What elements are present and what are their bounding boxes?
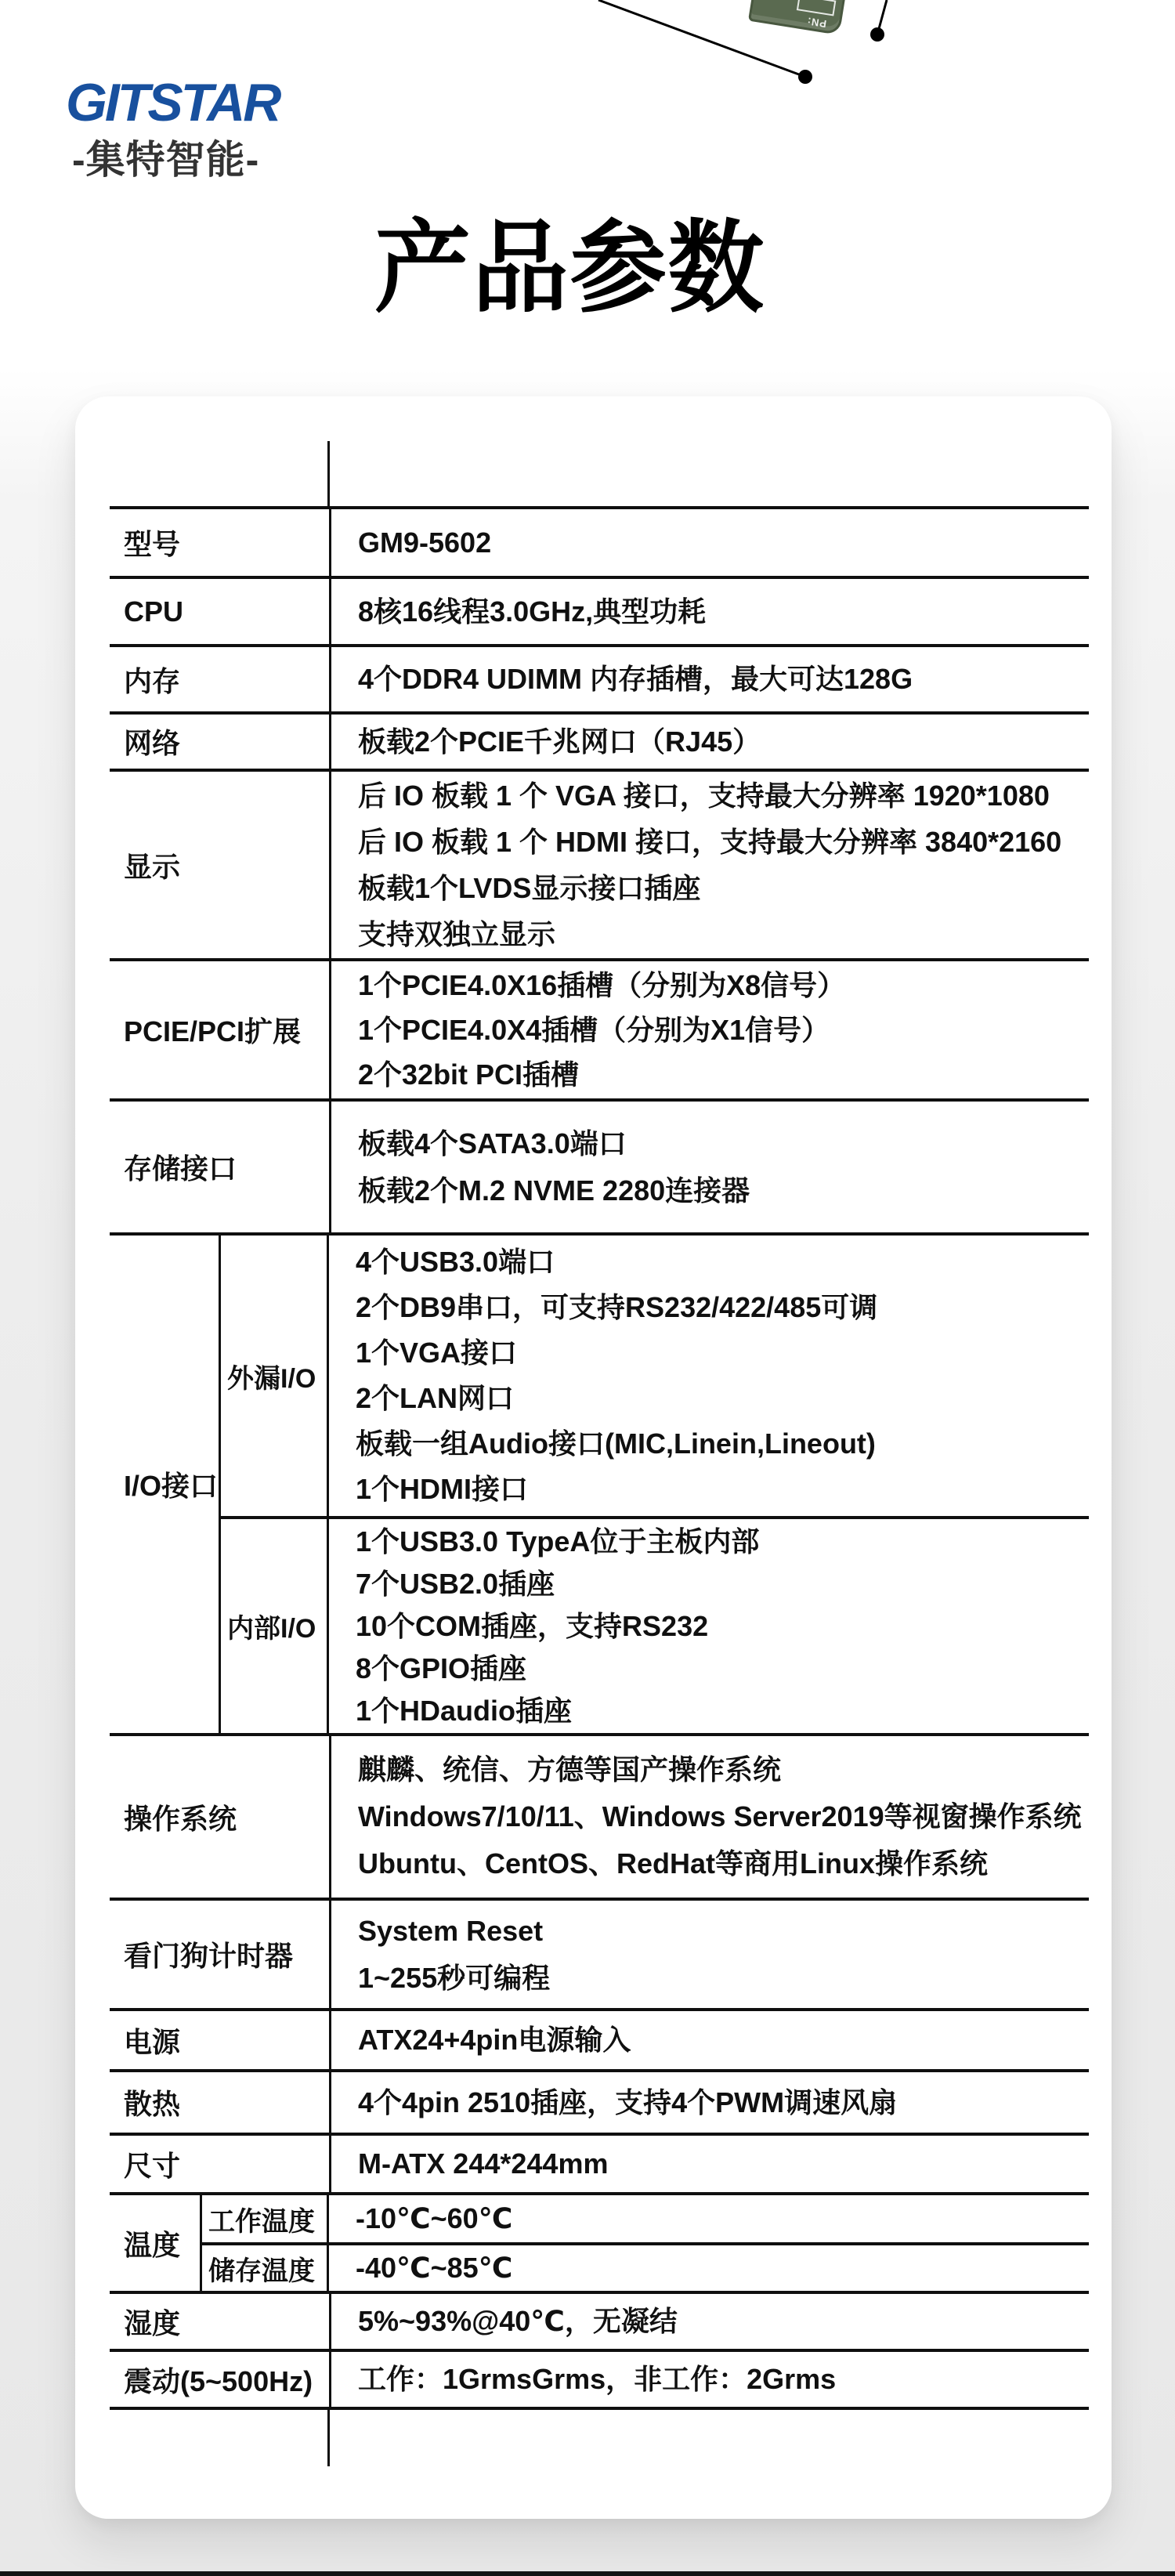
spec-sub-row-label: 外漏I/O xyxy=(221,1236,329,1516)
spec-row-value: 5%~93%@40℃，无凝结 xyxy=(329,2294,1089,2349)
spec-value-line: 4个USB3.0端口 xyxy=(356,1239,1089,1285)
spec-value-line: -10℃~60℃ xyxy=(356,2198,1089,2240)
spec-row-storage: 存储接口板载4个SATA3.0端口板载2个M.2 NVME 2280连接器 xyxy=(110,1098,1089,1232)
spec-row-label: CPU xyxy=(110,579,329,644)
spec-card: 型号GM9-5602CPU8核16线程3.0GHz,典型功耗内存4个DDR4 U… xyxy=(75,396,1112,2519)
spec-row-label: 存储接口 xyxy=(110,1102,329,1232)
spec-value-line: 8核16线程3.0GHz,典型功耗 xyxy=(358,588,1089,635)
spec-value-line: 支持双独立显示 xyxy=(358,911,1089,957)
spec-value-line: Windows7/10/11、Windows Server2019等视窗操作系统 xyxy=(358,1793,1089,1840)
spec-row-label: 湿度 xyxy=(110,2294,329,2349)
spec-value-line: 工作：1GrmsGrms，非工作：2Grms xyxy=(358,2356,1089,2403)
page-title: 产品参数 xyxy=(374,210,765,327)
product-spec-page: { "page_title": "产品参数", "brand": { "logo… xyxy=(0,0,1175,2576)
spec-value-line: GM9-5602 xyxy=(358,519,1089,566)
spec-value-line: Ubuntu、CentOS、RedHat等商用Linux操作系统 xyxy=(358,1840,1089,1887)
spec-row-label: PCIE/PCI扩展 xyxy=(110,961,329,1098)
spec-value-line: System Reset xyxy=(358,1908,1089,1955)
spec-row-label: 散热 xyxy=(110,2072,329,2133)
spec-row-value: System Reset1~255秒可编程 xyxy=(329,1901,1089,2008)
spec-row-humidity: 湿度5%~93%@40℃，无凝结 xyxy=(110,2291,1089,2349)
spec-value-line: 板载2个M.2 NVME 2280连接器 xyxy=(358,1167,1089,1214)
spec-row-os: 操作系统麒麟、统信、方德等国产操作系统Windows7/10/11、Window… xyxy=(110,1733,1089,1898)
spec-sub-row: 外漏I/O4个USB3.0端口2个DB9串口，可支持RS232/422/485可… xyxy=(221,1236,1089,1516)
spec-value-line: 1个USB3.0 TypeA位于主板内部 xyxy=(356,1521,1089,1563)
spec-row-value: GM9-5602 xyxy=(329,509,1089,576)
spec-value-line: 2个DB9串口，可支持RS232/422/485可调 xyxy=(356,1285,1089,1330)
spec-row-watchdog: 看门狗计时器System Reset1~255秒可编程 xyxy=(110,1898,1089,2008)
spec-row-pcie-pci: PCIE/PCI扩展1个PCIE4.0X16插槽（分别为X8信号）1个PCIE4… xyxy=(110,958,1089,1098)
spec-value-line: 4个4pin 2510插座，支持4个PWM调速风扇 xyxy=(358,2079,1089,2126)
brand-tagline: -集特智能- xyxy=(72,139,259,180)
spec-row-display: 显示后 IO 板载 1 个 VGA 接口，支持最大分辨率 1920*1080后 … xyxy=(110,769,1089,958)
callout-lines xyxy=(548,0,940,141)
spec-sub-row-label: 内部I/O xyxy=(221,1519,329,1733)
spec-row-label: 温度 xyxy=(110,2195,202,2291)
spec-sub-row-value: 1个USB3.0 TypeA位于主板内部7个USB2.0插座10个COM插座，支… xyxy=(329,1519,1089,1733)
spec-value-line: 后 IO 板载 1 个 VGA 接口，支持最大分辨率 1920*1080 xyxy=(358,772,1089,819)
spec-value-line: 1~255秒可编程 xyxy=(358,1955,1089,2002)
spec-row-value: 麒麟、统信、方德等国产操作系统Windows7/10/11、Windows Se… xyxy=(329,1736,1089,1898)
spec-row-network: 网络板载2个PCIE千兆网口（RJ45） xyxy=(110,711,1089,769)
spec-value-line: -40℃~85℃ xyxy=(356,2246,1089,2290)
spec-value-line: 1个PCIE4.0X16插槽（分别为X8信号） xyxy=(358,963,1089,1008)
spec-row-value: 板载2个PCIE千兆网口（RJ45） xyxy=(329,715,1089,769)
spec-value-line: M-ATX 244*244mm xyxy=(358,2140,1089,2187)
spec-row-value: 板载4个SATA3.0端口板载2个M.2 NVME 2280连接器 xyxy=(329,1102,1089,1232)
spec-value-line: 1个VGA接口 xyxy=(356,1330,1089,1376)
spec-value-line: ATX24+4pin电源输入 xyxy=(358,2017,1089,2064)
spec-row-cpu: CPU8核16线程3.0GHz,典型功耗 xyxy=(110,576,1089,644)
spec-sub-row-label: 储存温度 xyxy=(202,2245,329,2291)
spec-row-label: 操作系统 xyxy=(110,1736,329,1898)
spec-sub-rows: 外漏I/O4个USB3.0端口2个DB9串口，可支持RS232/422/485可… xyxy=(221,1236,1089,1733)
spec-value-line: 1个PCIE4.0X4插槽（分别为X1信号） xyxy=(358,1008,1089,1052)
spec-value-line: 4个DDR4 UDIMM 内存插槽，最大可达128G xyxy=(358,656,1089,703)
spec-sub-row: 储存温度-40℃~85℃ xyxy=(202,2242,1089,2291)
callout-line-left xyxy=(598,0,805,77)
spec-row-vibration: 震动(5~500Hz)工作：1GrmsGrms，非工作：2Grms xyxy=(110,2349,1089,2410)
spec-row-value: ATX24+4pin电源输入 xyxy=(329,2011,1089,2069)
spec-sub-rows: 工作温度-10℃~60℃储存温度-40℃~85℃ xyxy=(202,2195,1089,2291)
spec-sub-row: 内部I/O1个USB3.0 TypeA位于主板内部7个USB2.0插座10个CO… xyxy=(221,1516,1089,1733)
spec-row-value: 4个4pin 2510插座，支持4个PWM调速风扇 xyxy=(329,2072,1089,2133)
spec-table: 型号GM9-5602CPU8核16线程3.0GHz,典型功耗内存4个DDR4 U… xyxy=(110,506,1089,2410)
spec-sub-row-value: -40℃~85℃ xyxy=(329,2245,1089,2291)
spec-row-label: 震动(5~500Hz) xyxy=(110,2352,329,2407)
callout-dot-right xyxy=(870,27,884,42)
spec-sub-row-value: -10℃~60℃ xyxy=(329,2195,1089,2242)
page-bottom-strip xyxy=(0,2571,1175,2576)
spec-value-line: 板载1个LVDS显示接口插座 xyxy=(358,865,1089,911)
spec-row-label: 看门狗计时器 xyxy=(110,1901,329,2008)
spec-row-label: 型号 xyxy=(110,509,329,576)
spec-row-label: I/O接口 xyxy=(110,1236,221,1733)
spec-value-line: 后 IO 板载 1 个 HDMI 接口，支持最大分辨率 3840*2160 xyxy=(358,819,1089,865)
spec-value-line: 5%~93%@40℃，无凝结 xyxy=(358,2298,1089,2345)
spec-row-label: 尺寸 xyxy=(110,2136,329,2192)
spec-row-value: 后 IO 板载 1 个 VGA 接口，支持最大分辨率 1920*1080后 IO… xyxy=(329,772,1089,958)
spec-row-label: 电源 xyxy=(110,2011,329,2069)
spec-sub-row: 工作温度-10℃~60℃ xyxy=(202,2195,1089,2242)
spec-row-value: 4个DDR4 UDIMM 内存插槽，最大可达128G xyxy=(329,647,1089,711)
spec-row-cooling: 散热4个4pin 2510插座，支持4个PWM调速风扇 xyxy=(110,2069,1089,2133)
spec-row-value: M-ATX 244*244mm xyxy=(329,2136,1089,2192)
spec-value-line: 板载4个SATA3.0端口 xyxy=(358,1120,1089,1167)
spec-row-value: 1个PCIE4.0X16插槽（分别为X8信号）1个PCIE4.0X4插槽（分别为… xyxy=(329,961,1089,1098)
spec-value-line: 麒麟、统信、方德等国产操作系统 xyxy=(358,1746,1089,1793)
spec-row-io: I/O接口外漏I/O4个USB3.0端口2个DB9串口，可支持RS232/422… xyxy=(110,1232,1089,1733)
spec-row-label: 显示 xyxy=(110,772,329,958)
spec-row-label: 网络 xyxy=(110,715,329,769)
spec-value-line: 板载2个PCIE千兆网口（RJ45） xyxy=(358,718,1089,765)
spec-value-line: 7个USB2.0插座 xyxy=(356,1563,1089,1605)
spec-row-value: 工作：1GrmsGrms，非工作：2Grms xyxy=(329,2352,1089,2407)
spec-value-line: 8个GPIO插座 xyxy=(356,1648,1089,1690)
spec-row-dimensions: 尺寸M-ATX 244*244mm xyxy=(110,2133,1089,2192)
spec-value-line: 1个HDaudio插座 xyxy=(356,1690,1089,1732)
gitstar-logo: GITSTAR xyxy=(66,75,279,130)
spec-value-line: 1个HDMI接口 xyxy=(356,1467,1089,1512)
spec-value-line: 2个LAN网口 xyxy=(356,1376,1089,1421)
spec-row-temperature: 温度工作温度-10℃~60℃储存温度-40℃~85℃ xyxy=(110,2192,1089,2291)
spec-value-line: 板载一组Audio接口(MIC,Linein,Lineout) xyxy=(356,1421,1089,1467)
spec-row-power: 电源ATX24+4pin电源输入 xyxy=(110,2008,1089,2069)
spec-row-label: 内存 xyxy=(110,647,329,711)
spec-row-memory: 内存4个DDR4 UDIMM 内存插槽，最大可达128G xyxy=(110,644,1089,711)
table-divider-stub-top xyxy=(327,441,330,506)
spec-sub-row-value: 4个USB3.0端口2个DB9串口，可支持RS232/422/485可调1个VG… xyxy=(329,1236,1089,1516)
table-divider-stub-bottom xyxy=(327,2410,330,2466)
spec-value-line: 10个COM插座，支持RS232 xyxy=(356,1605,1089,1648)
spec-sub-row-label: 工作温度 xyxy=(202,2195,329,2242)
callout-dot-left xyxy=(798,70,812,84)
spec-row-model: 型号GM9-5602 xyxy=(110,506,1089,576)
spec-value-line: 2个32bit PCI插槽 xyxy=(358,1052,1089,1097)
spec-row-value: 8核16线程3.0GHz,典型功耗 xyxy=(329,579,1089,644)
